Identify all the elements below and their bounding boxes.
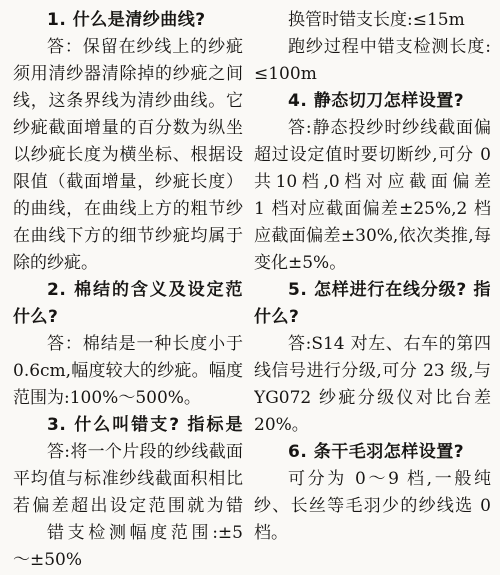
text-line: 20%。 [254,412,491,439]
text-line: 须用清纱器清除掉的纱疵之间的界 [13,61,243,88]
text-line: 换管时错支长度:≤15m [254,7,491,34]
text-line: 纱疵截面增量的百分数为纵坐标， [13,115,243,142]
text-line: 可分为 0～9 档,一般纯涤、股 [254,466,491,493]
text-line: 应截面偏差±30%,依次类推,每档 [254,223,491,250]
text-line: 超过设定值时要切断纱,可分 0～9 [254,142,491,169]
text-line: 答：棉结是一种长度小于 [13,331,243,358]
text-line: ～±50% [13,547,243,574]
text-line: YG072 纱疵分级仪对比台差 E≤ [254,385,491,412]
text-line: 3. 什么叫错支? 指标是什么? [13,412,243,439]
text-line: 什么? [254,304,491,331]
text-line: 答:静态投纱时纱线截面偏差 [254,115,491,142]
text-line: 线信号进行分级,可分 23 级,与 [254,358,491,385]
text-line: 5. 怎样进行在线分级? 指标是 [254,277,491,304]
text-line: 答：保留在纱线上的纱疵与必 [13,34,243,61]
text-line: 平均值与标准纱线截面积相比较， [13,466,243,493]
text-line: 限值（截面增量，纱疵长度）拟定 [13,169,243,196]
text-line: 范围为:100%～500%。 [13,385,243,412]
text-line: 线，这条界线为清纱曲线。它是以 [13,88,243,115]
text-line: 共10档,0档对应截面偏差±20%, [254,169,491,196]
text-line: 答:S14 对左、右车的第四锭纱 [254,331,491,358]
scanned-document-page: 1. 什么是清纱曲线?答：保留在纱线上的纱疵与必须用清纱器清除掉的纱疵之间的界线… [0,0,500,575]
text-line: 答:将一个片段的纱线截面积 [13,439,243,466]
text-line: ≤100m [254,61,491,88]
text-line: 纱、长丝等毛羽少的纱线选 0～3 [254,493,491,520]
text-line: 6. 条干毛羽怎样设置? [254,439,491,466]
text-line: 错支检测幅度范围:±5 [13,520,243,547]
text-line: 1. 什么是清纱曲线? [13,7,243,34]
text-line: 在曲线下方的细节纱疵均属于要清 [13,223,243,250]
text-line: 4. 静态切刀怎样设置? [254,88,491,115]
text-line: 2. 棉结的含义及设定范围是 [13,277,243,304]
text-line: 跑纱过程中错支检测长度: [254,34,491,61]
text-line: 档。 [254,520,491,547]
text-column-left: 1. 什么是清纱曲线?答：保留在纱线上的纱疵与必须用清纱器清除掉的纱疵之间的界线… [13,7,243,575]
text-line: 以纱疵长度为横坐标、根据设定门 [13,142,243,169]
text-line: 的曲线，在曲线上方的粗节纱疵和 [13,196,243,223]
text-column-right: 换管时错支长度:≤15m跑纱过程中错支检测长度:≤100m4. 静态切刀怎样设置… [254,7,491,575]
text-line: 0.6cm,幅度较大的纱疵。幅度设定 [13,358,243,385]
text-line: 若偏差超出设定范围就为错支。 [13,493,243,520]
text-line: 除的纱疵。 [13,250,243,277]
text-line: 什么? [13,304,243,331]
text-line: 1 档对应截面偏差±25%,2 档对 [254,196,491,223]
text-line: 变化±5%。 [254,250,491,277]
